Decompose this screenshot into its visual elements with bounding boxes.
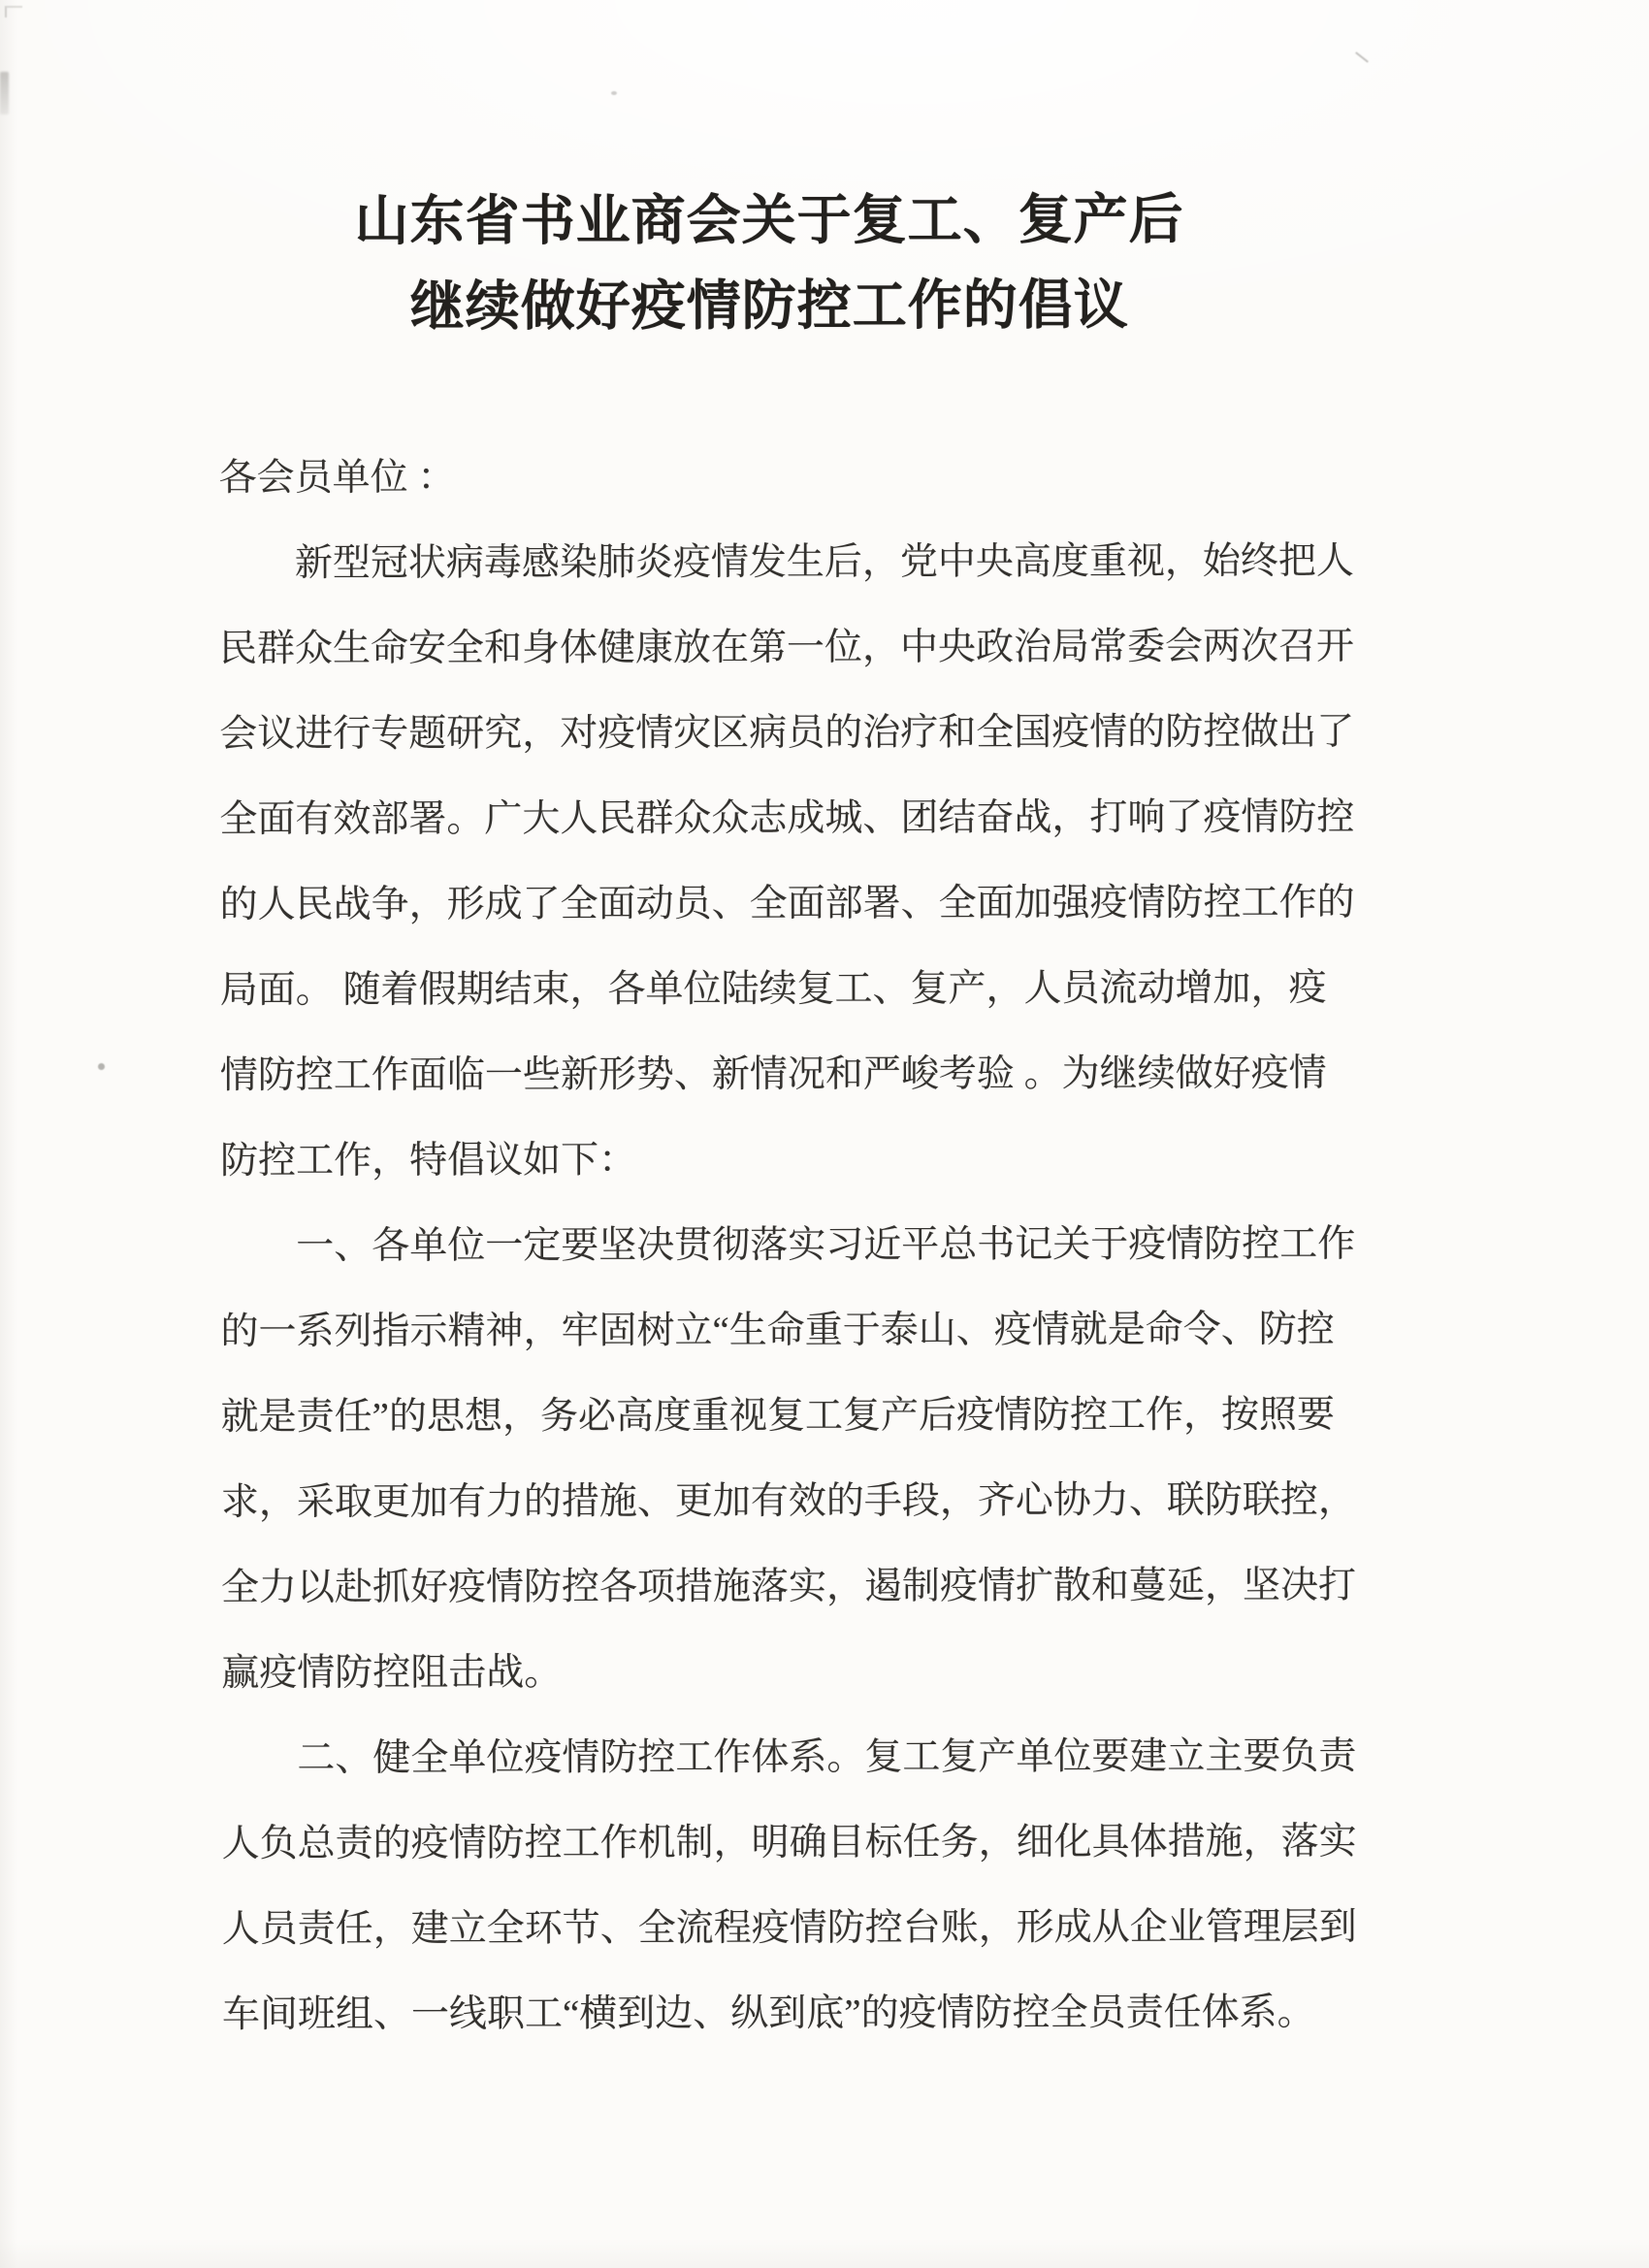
document-title: 山东省书业商会关于复工、复产后 继续做好疫情防控工作的倡议	[185, 178, 1353, 351]
document-content: 山东省书业商会关于复工、复产后 继续做好疫情防控工作的倡议 各会员单位 ： 新型…	[218, 178, 1357, 2057]
scanned-document-page: 山东省书业商会关于复工、复产后 继续做好疫情防控工作的倡议 各会员单位 ： 新型…	[0, 0, 1649, 2268]
scan-artifact-left-smudge	[0, 72, 9, 114]
body-line: 的一系列指示精神，牢固树立“生命重于泰山、疫情就是命令、防控	[220, 1287, 1355, 1375]
body-line: 民群众生命安全和身体健康放在第一位，中央政治局常委会两次召开	[219, 604, 1354, 692]
body-line: 求，采取更加有力的措施、更加有效的手段，齐心协力、联防联控，	[221, 1458, 1356, 1545]
body-line: 赢疫情防控阻击战。	[221, 1629, 1356, 1716]
body-line: 全力以赴抓好疫情防控各项措施落实，遏制疫情扩散和蔓延，坚决打	[221, 1543, 1356, 1631]
body-lines: 新型冠状病毒感染肺炎疫情发生后，党中央高度重视，始终把人民群众生命安全和身体健康…	[219, 519, 1357, 2057]
document-title-line-1: 山东省书业商会关于复工、复产后	[185, 178, 1353, 266]
body-line: 情防控工作面临一些新形势、新情况和严峻考验 。为继续做好疫情	[220, 1031, 1355, 1118]
body-line: 人负总责的疫情防控工作机制，明确目标任务，细化具体措施，落实	[221, 1799, 1356, 1887]
body-line: 会议进行专题研究，对疫情灾区病员的治疗和全国疫情的防控做出了	[219, 690, 1354, 777]
body-line: 一、各单位一定要坚决贯彻落实习近平总书记关于疫情防控工作	[220, 1202, 1355, 1289]
body-line: 人员责任，建立全环节、全流程疫情防控台账，形成从企业管理层到	[222, 1885, 1357, 1972]
body-line: 局面。 随着假期结束，各单位陆续复工、复产，人员流动增加，疫	[220, 946, 1355, 1033]
body-line: 的人民战争，形成了全面动员、全面部署、全面加强疫情防控工作的	[219, 860, 1354, 948]
body-line: 新型冠状病毒感染肺炎疫情发生后，党中央高度重视，始终把人	[219, 519, 1354, 606]
scan-artifact-left-dot	[98, 1063, 105, 1070]
body-line: 就是责任”的思想，务必高度重视复工复产后疫情防控工作，按照要	[221, 1373, 1356, 1460]
scan-artifact-corner-mark	[5, 6, 22, 17]
title-body-spacer	[218, 348, 1353, 436]
salutation: 各会员单位 ：	[219, 434, 1354, 521]
scan-artifact-top-dot	[611, 91, 617, 95]
scan-artifact-top-right-slash	[1355, 51, 1369, 62]
document-title-line-2: 继续做好疫情防控工作的倡议	[185, 263, 1353, 351]
body-line: 防控工作，特倡议如下：	[220, 1117, 1355, 1204]
body-line: 二、健全单位疫情防控工作体系。复工复产单位要建立主要负责	[221, 1714, 1356, 1801]
body-line: 车间班组、一线职工“横到边、纵到底”的疫情防控全员责任体系。	[222, 1970, 1357, 2057]
body-line: 全面有效部署。广大人民群众众志成城、团结奋战，打响了疫情防控	[219, 775, 1354, 862]
